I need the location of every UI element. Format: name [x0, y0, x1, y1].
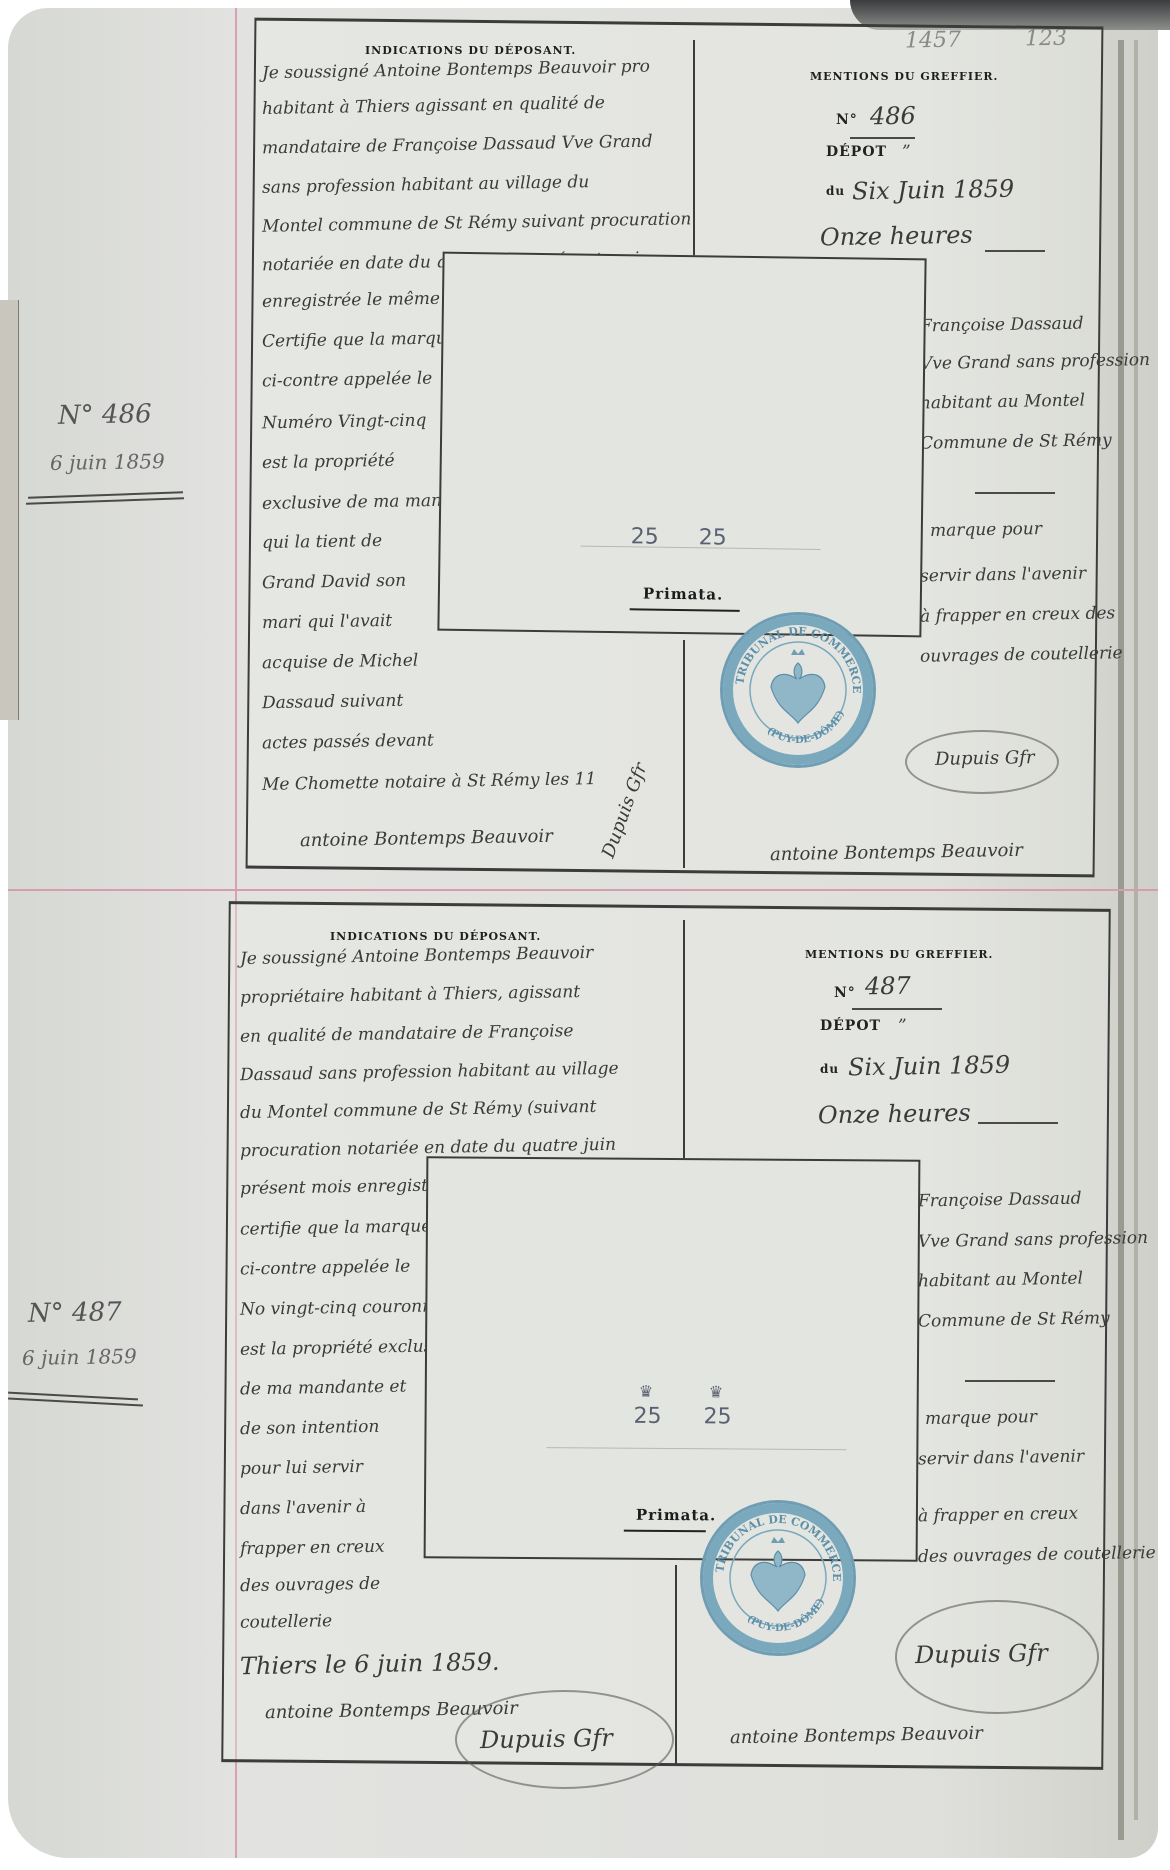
column-divider: [693, 40, 695, 272]
text-line: de ma mandante et: [240, 1377, 407, 1400]
text-line: des ouvrages de coutellerie: [918, 1543, 1156, 1567]
text-line: Grand David son: [262, 571, 406, 594]
deposit-hour: Onze heures: [818, 1099, 971, 1130]
du-label: du: [826, 184, 845, 198]
deposit-hour: Onze heures: [820, 221, 973, 252]
text-line: de son intention: [240, 1417, 380, 1439]
binding-tab: [0, 300, 19, 720]
deposant-header: INDICATIONS DU DÉPOSANT.: [330, 930, 541, 943]
text-line: pour lui servir: [240, 1457, 363, 1479]
text-line: Françoise Dassaud: [918, 1189, 1082, 1212]
text-line: mari qui l'avait: [262, 611, 392, 633]
text-line: servir dans l'avenir: [920, 564, 1086, 587]
mark-number: 25: [699, 525, 727, 550]
text-line: Certifie que la marque: [262, 328, 457, 351]
depositor-signature-right: antoine Bontemps Beauvoir: [770, 840, 1023, 865]
number-underline: [852, 1008, 942, 1010]
text-line: marque pour: [930, 519, 1042, 541]
entry-separator-rule: [8, 889, 1158, 891]
text-line: habitant au Montel: [920, 391, 1085, 414]
greffier-paraph-right: Dupuis Gfr: [935, 747, 1035, 770]
text-line: No vingt-cinq couronné: [240, 1296, 444, 1320]
separator-line: [975, 492, 1055, 494]
mark-baseline: [546, 1447, 846, 1450]
text-line: est la propriété: [262, 451, 395, 473]
text-line: des ouvrages de: [240, 1574, 380, 1596]
deposit-date: Six Juin 1859: [852, 175, 1015, 206]
text-line: ouvrages de coutellerie: [920, 643, 1123, 667]
deposant-signature: antoine Bontemps Beauvoir: [300, 826, 553, 851]
text-line: habitant au Montel: [918, 1269, 1083, 1292]
depot-ditto: ”: [898, 1016, 907, 1036]
mark-number: 25: [634, 1404, 662, 1429]
depot-ditto: ”: [902, 142, 911, 162]
number-label: N°: [834, 985, 856, 1001]
text-line: Numéro Vingt-cinq: [262, 411, 427, 434]
text-line: servir dans l'avenir: [918, 1447, 1084, 1470]
margin-entry-date: 6 juin 1859: [22, 1344, 137, 1370]
greffier-paraph-right: Dupuis Gfr: [915, 1639, 1048, 1669]
mark-number: 25: [704, 1404, 732, 1429]
separator-line: [965, 1380, 1055, 1382]
column-divider: [675, 1565, 677, 1765]
text-line: ci-contre appelée le: [262, 369, 433, 392]
deposit-number: 487: [865, 972, 911, 1001]
eagle-crown-icon: TRIBUNAL DE COMMERCE DE THIERS (PUY-DE-D…: [703, 1503, 853, 1653]
text-line: Commune de St Rémy: [918, 1308, 1110, 1331]
text-line: frapper en creux: [240, 1537, 385, 1560]
text-line: Commune de St Rémy: [920, 430, 1112, 453]
text-line: qui la tient de: [262, 531, 382, 553]
text-line: acquise de Michel: [262, 651, 419, 674]
tribunal-stamp: TRIBUNAL DE COMMERCE DE THIERS (PUY-DE-D…: [700, 1500, 856, 1656]
text-line: à frapper en creux: [918, 1504, 1078, 1527]
deposit-number: 486: [870, 102, 916, 131]
margin-entry-number: N° 487: [28, 1297, 122, 1329]
hour-underline: [978, 1122, 1058, 1124]
greffier-header: MENTIONS DU GREFFIER.: [810, 70, 998, 83]
column-divider: [683, 640, 685, 868]
text-line: certifie que la marque: [240, 1216, 432, 1239]
text-line: dans l'avenir à: [240, 1497, 366, 1519]
deposant-header: INDICATIONS DU DÉPOSANT.: [365, 44, 576, 57]
mark-number: 25: [631, 524, 659, 549]
mark-name-underline: [630, 608, 740, 612]
mark-specimen-box: 25 25 Primata.: [437, 252, 926, 638]
hour-underline: [985, 250, 1045, 252]
mark-name: Primata.: [643, 584, 724, 603]
text-line: Vve Grand sans profession: [918, 1228, 1148, 1252]
text-line: Thiers le 6 juin 1859.: [240, 1648, 500, 1681]
greffier-header: MENTIONS DU GREFFIER.: [805, 948, 993, 961]
margin-entry-date: 6 juin 1859: [50, 449, 165, 475]
page-edge: [1118, 40, 1124, 1840]
crown-icon: ♛: [709, 1382, 723, 1401]
text-line: ci-contre appelée le: [240, 1257, 411, 1280]
text-line: coutellerie: [240, 1611, 332, 1633]
text-line: Françoise Dassaud: [920, 314, 1084, 337]
du-label: du: [820, 1062, 839, 1076]
text-line: actes passés devant: [262, 731, 434, 754]
depot-label: DÉPOT: [820, 1018, 881, 1034]
margin-entry-number: N° 486: [58, 399, 152, 431]
depot-label: DÉPOT: [826, 144, 887, 160]
text-line: à frapper en creux des: [920, 603, 1116, 626]
tribunal-stamp: TRIBUNAL DE COMMERCE DE THIERS (PUY-DE-D…: [720, 612, 876, 768]
mark-name-underline: [624, 1530, 706, 1533]
text-line: marque pour: [925, 1407, 1037, 1429]
deposit-date: Six Juin 1859: [848, 1051, 1011, 1082]
text-line: Dassaud suivant: [262, 691, 404, 713]
greffier-paraph: Dupuis Gfr: [480, 1724, 613, 1754]
number-label: N°: [836, 112, 858, 128]
crown-icon: ♛: [639, 1382, 653, 1401]
eagle-crown-icon: TRIBUNAL DE COMMERCE DE THIERS (PUY-DE-D…: [723, 615, 873, 765]
text-line: Vve Grand sans profession: [920, 350, 1150, 374]
mark-specimen-box: ♛ ♛ 25 25 Primata.: [424, 1156, 921, 1561]
depositor-signature-right: antoine Bontemps Beauvoir: [730, 1723, 983, 1748]
number-underline: [850, 137, 915, 139]
column-divider: [683, 920, 685, 1165]
